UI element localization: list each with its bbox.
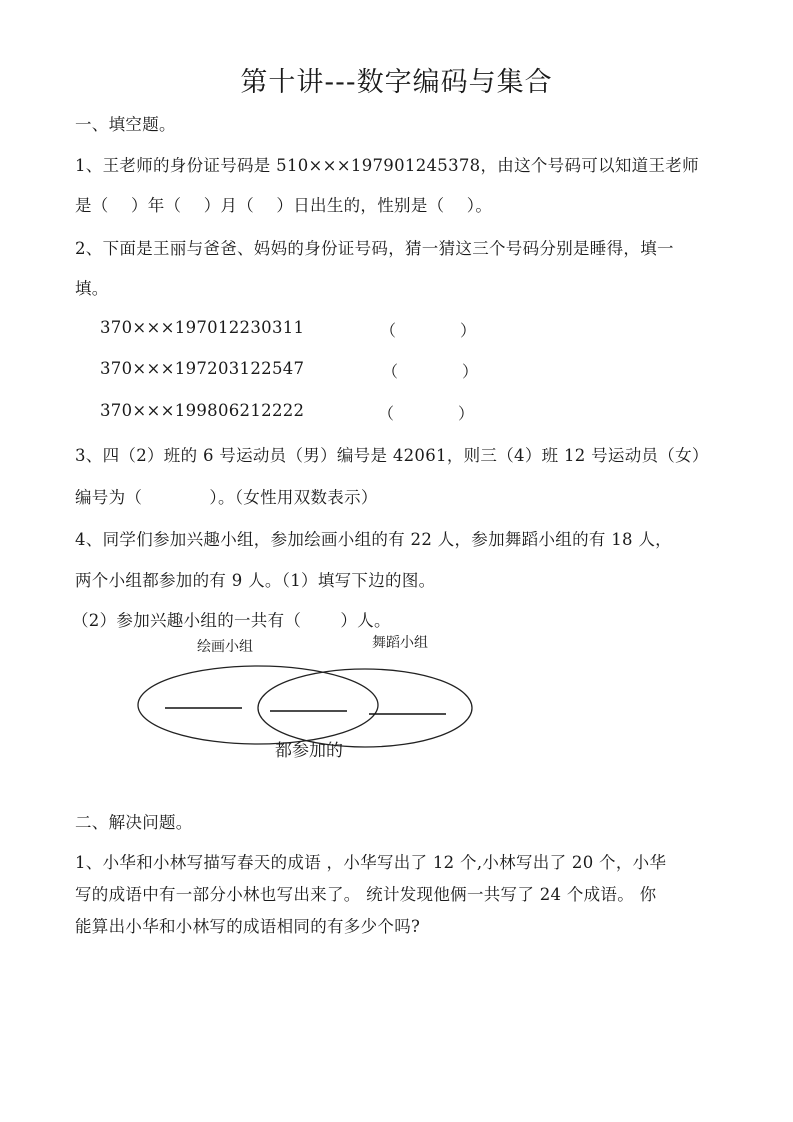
venn-ellipses bbox=[0, 0, 793, 1122]
problem-1-line-3: 能算出小华和小林写的成语相同的有多少个吗? bbox=[75, 913, 420, 937]
venn-label-both: 都参加的 bbox=[275, 736, 343, 761]
problem-1-line-1: 1、小华和小林写描写春天的成语 ，小华写出了 12 个,小林写出了 20 个，小… bbox=[75, 849, 666, 873]
problem-1-line-2: 写的成语中有一部分小林也写出来了。 统计发现他俩一共写了 24 个成语。 你 bbox=[75, 881, 656, 905]
section-heading-solve-problems: 二、解决问题。 bbox=[75, 809, 193, 833]
